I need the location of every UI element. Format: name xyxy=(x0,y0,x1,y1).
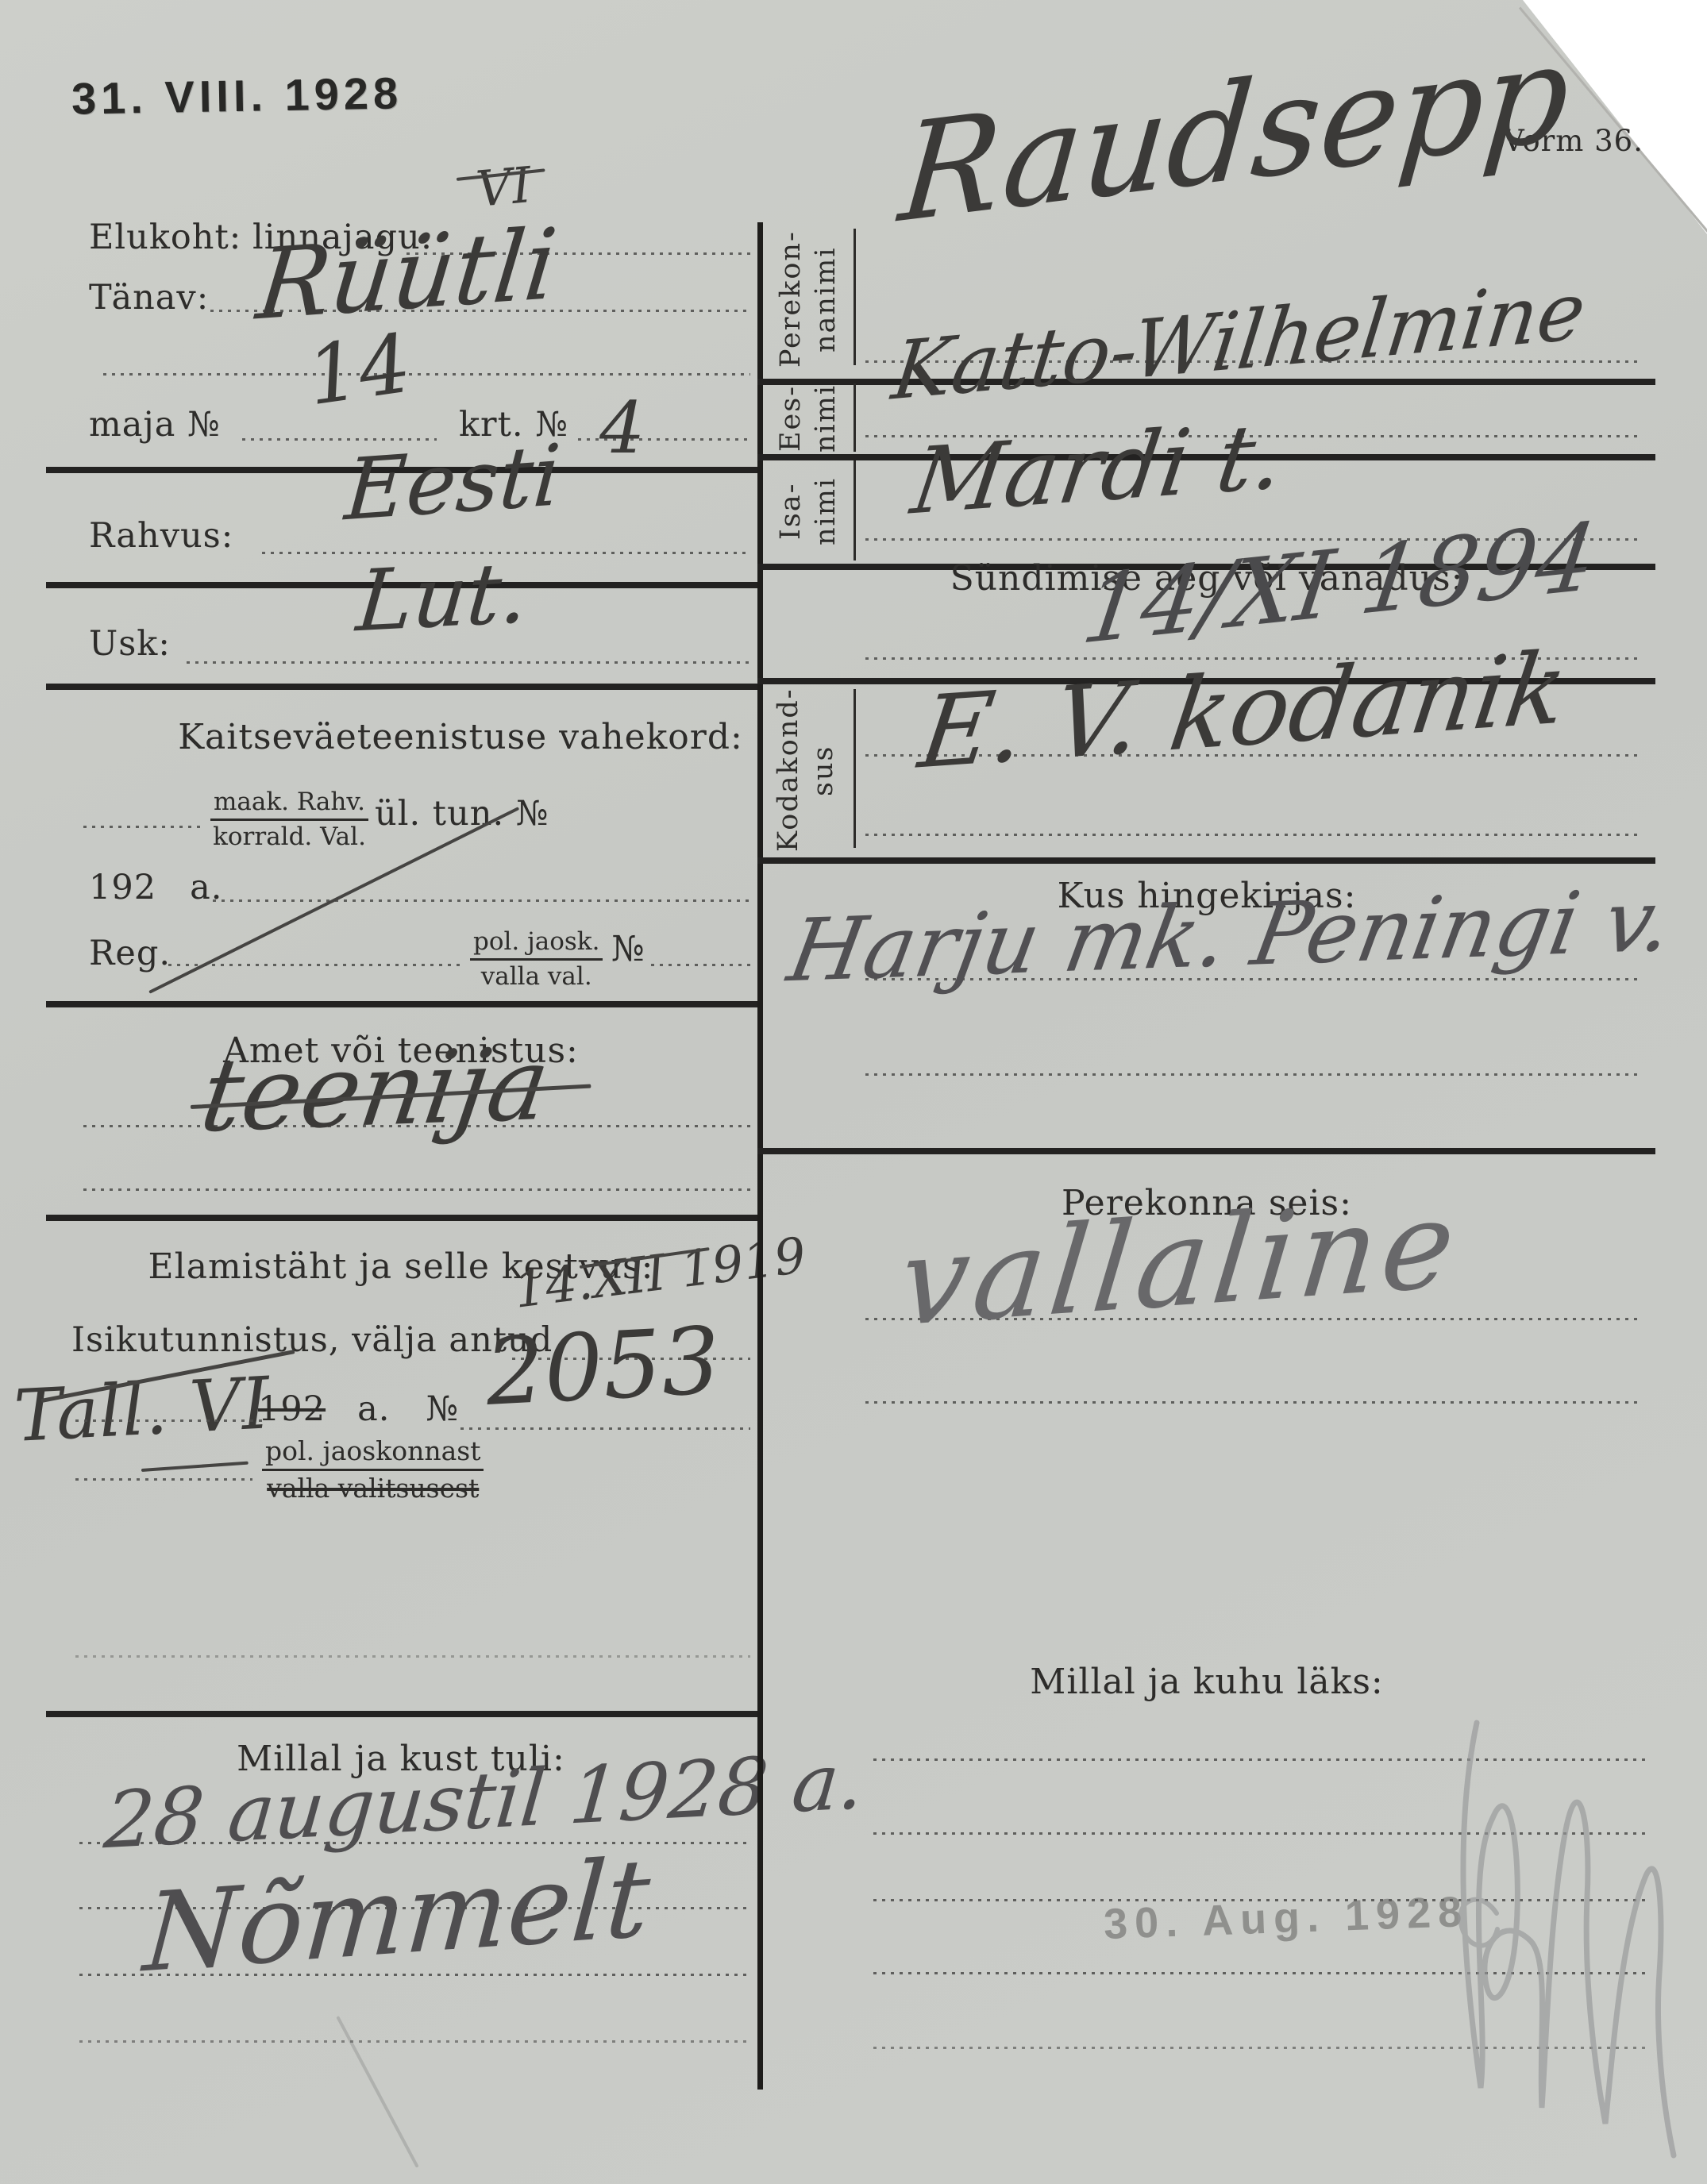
isik-no-label: № xyxy=(426,1389,459,1429)
maja-label: maja № xyxy=(89,406,221,444)
registration-card: 31. VIII. 1928 Vorm 36. Elukoht: linnaja… xyxy=(0,0,1707,2184)
usk-entry: Lut. xyxy=(353,550,531,644)
kodakondsus-label: Kodakond- sus xyxy=(772,689,842,852)
isanimi-entry: Mardi t. xyxy=(907,410,1289,528)
rahvus-entry: Eesti xyxy=(342,433,563,533)
dotted-line xyxy=(75,1419,262,1422)
fraction-top: pol. jaosk. xyxy=(470,927,603,961)
fraction-bottom: valla valitsusest xyxy=(262,1471,484,1504)
label-line: nimi xyxy=(809,460,844,562)
dotted-line xyxy=(187,661,750,664)
dotted-line xyxy=(168,964,460,966)
date-stamp: 31. VIII. 1928 xyxy=(71,67,403,124)
eesnimi-label: Ees- nimi xyxy=(774,383,844,453)
label-line: sus xyxy=(807,689,842,852)
dotted-line xyxy=(213,899,750,902)
tanav-entry: Rüütli xyxy=(253,215,561,333)
pencil-flourish xyxy=(336,2016,418,2168)
section-rule xyxy=(757,1148,1655,1154)
isik-fraction: pol. jaoskonnast valla valitsusest xyxy=(262,1435,484,1504)
fraction-top: pol. jaoskonnast xyxy=(262,1435,484,1471)
dotted-line xyxy=(460,1427,750,1430)
isik-a-label: a. xyxy=(357,1389,390,1429)
label-line: Isa- xyxy=(774,460,809,562)
fraction-bottom: korrald. Val. xyxy=(210,821,368,852)
linnajagu-entry: VI xyxy=(474,160,533,214)
kodakondsus-entry: E. V. kodanik xyxy=(914,638,1572,783)
usk-label: Usk: xyxy=(89,626,171,663)
fraction-bottom: valla val. xyxy=(470,961,603,992)
dotted-line xyxy=(75,1478,252,1481)
dotted-line xyxy=(103,373,750,376)
kaitse-heading: Kaitseväeteenistuse vahekord: xyxy=(119,718,802,757)
label-rule xyxy=(853,689,856,848)
pencil-signature xyxy=(1421,1675,1707,2183)
dotted-line xyxy=(865,1073,1642,1076)
dotted-line xyxy=(83,826,205,828)
perekonnanimi-entry: Raudsepp xyxy=(896,24,1575,241)
section-rule xyxy=(46,1215,757,1221)
krt-entry: 4 xyxy=(599,393,645,464)
section-rule xyxy=(46,684,757,690)
isik-label: Isikutunnistus, välja antud xyxy=(71,1322,553,1359)
maja-entry: 14 xyxy=(302,323,416,418)
section-rule xyxy=(46,1711,757,1717)
reg-label: Reg. xyxy=(89,935,171,973)
eesnimi-entry: Katto-Wilhelmine xyxy=(888,271,1589,412)
column-divider xyxy=(757,222,763,2090)
elukoht-label: Elukoht: xyxy=(89,219,241,256)
isik-no-entry: 2053 xyxy=(484,1315,722,1419)
label-line: nanimi xyxy=(809,229,844,370)
kaitse-year-label: 192 xyxy=(89,868,156,907)
label-rule xyxy=(853,383,856,452)
label-rule xyxy=(853,229,856,365)
ink-stroke xyxy=(141,1462,249,1472)
isik-year-row: 192a.№ xyxy=(258,1391,459,1428)
received-date-stamp: 30. Aug. 1928 xyxy=(1103,1887,1470,1949)
section-rule xyxy=(757,857,1655,864)
isanimi-label: Isa- nimi xyxy=(774,460,844,562)
reg-no-label: № xyxy=(611,930,645,969)
dotted-line xyxy=(75,1655,750,1658)
kaitse-year-row: 192a. xyxy=(89,869,222,907)
dotted-line xyxy=(651,964,750,966)
fraction-top: maak. Rahv. xyxy=(210,788,368,821)
tuli-entry-line2: Nõmmelt xyxy=(141,1844,653,1988)
label-line: Ees- xyxy=(774,383,809,453)
dotted-line xyxy=(83,1188,750,1191)
perekonnanimi-label: Perekon- nanimi xyxy=(774,229,844,370)
label-line: nimi xyxy=(809,383,844,453)
tanav-label: Tänav: xyxy=(89,279,209,317)
label-line: Perekon- xyxy=(774,229,809,370)
dotted-line xyxy=(865,1401,1642,1404)
dotted-line xyxy=(865,834,1642,836)
reg-fraction: pol. jaosk. valla val. xyxy=(470,927,603,992)
dotted-line xyxy=(79,2040,750,2043)
ul-tun-label: ül. tun. № xyxy=(375,795,549,833)
label-rule xyxy=(853,460,856,560)
section-rule xyxy=(46,1001,757,1007)
rahvus-label: Rahvus: xyxy=(89,518,233,555)
kaitse-fraction: maak. Rahv. korrald. Val. xyxy=(210,788,368,852)
isik-date-entry: 14.XII 1919 xyxy=(511,1231,808,1315)
label-line: Kodakond- xyxy=(772,689,807,852)
